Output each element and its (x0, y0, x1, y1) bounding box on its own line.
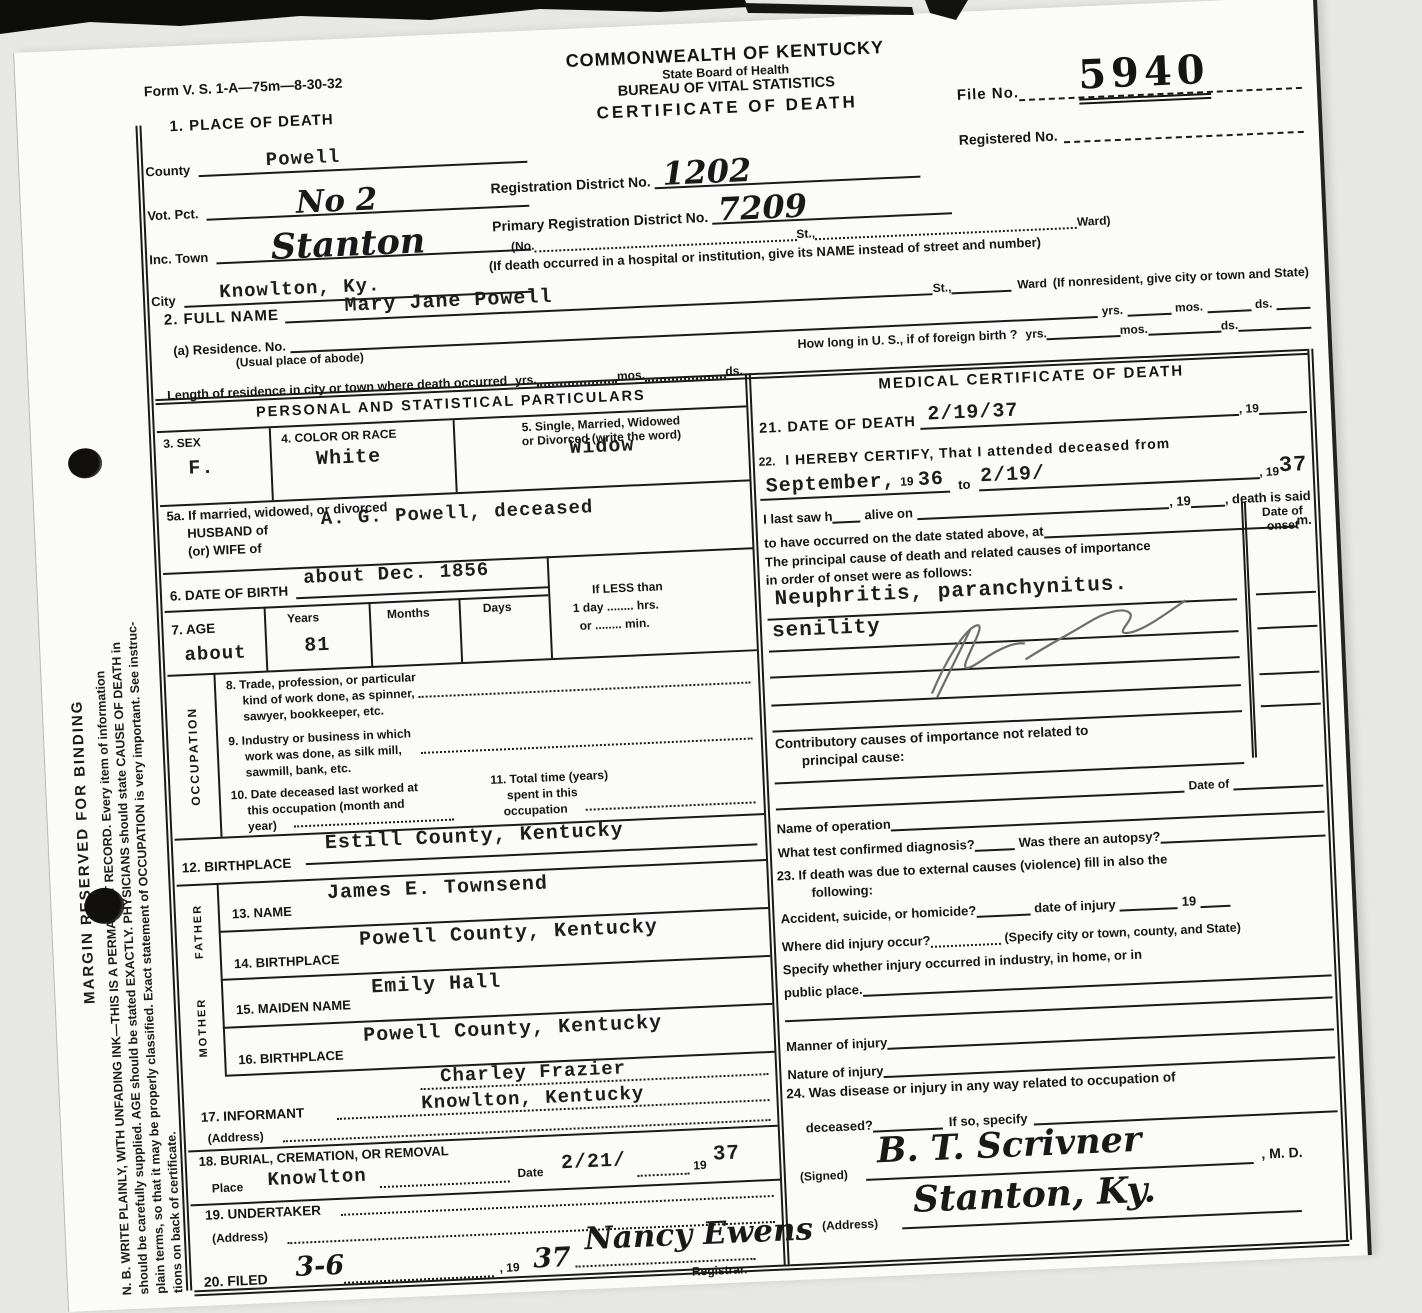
injury-19-label: 19 (1177, 893, 1200, 909)
signed-label: (Signed) (800, 1168, 849, 1184)
registrar-label: Registrar. (692, 1262, 748, 1278)
undertaker-dots (341, 1195, 774, 1216)
dod-year-line (1258, 383, 1307, 415)
manner-label: Manner of injury (786, 1035, 888, 1054)
personal-column: PERSONAL AND STATISTICAL PARTICULARS 3. … (156, 381, 784, 1298)
age-col-rule (264, 607, 269, 671)
father-name-value: James E. Townsend (327, 873, 549, 906)
burial-dots2 (638, 1173, 690, 1177)
age-years-value: 81 (304, 634, 331, 658)
occupation-vertical-label: OCCUPATION (185, 706, 203, 805)
lastsaw-line3 (1190, 483, 1225, 508)
where-note: (Specify city or town, county, and State… (1000, 920, 1241, 944)
pencil-scribble (873, 590, 1207, 704)
occ11-dots (586, 801, 756, 810)
occ8-dots (419, 682, 751, 698)
dob-label: 6. DATE OF BIRTH (170, 584, 289, 604)
registered-no-line (1063, 105, 1304, 143)
days-header: Days (482, 600, 511, 615)
lastsaw-label3: , 19 (1169, 493, 1191, 509)
where-line (930, 923, 1001, 948)
date-of-onset-box: Date of onset (1241, 499, 1329, 758)
registered-no-row: Registered No. (958, 105, 1304, 148)
howlong-yrs-line (1046, 313, 1120, 340)
father-vertical-cell: FATHER (177, 883, 223, 981)
registered-no-label: Registered No. (958, 127, 1063, 148)
age-col-rule (547, 556, 553, 658)
dod-value: 2/19/37 (927, 400, 1019, 427)
medical-column: MEDICAL CERTIFICATE OF DEATH 21. DATE OF… (753, 349, 1347, 1264)
husband-label2: HUSBAND of (187, 522, 268, 541)
autopsy-line (1160, 815, 1326, 844)
length-ds: ds. (725, 364, 743, 379)
date-of-label: Date of (1184, 777, 1233, 793)
deceased-label: deceased? (805, 1118, 873, 1136)
scan-torn-edge (0, 0, 1000, 60)
full-name-st-label: St., (932, 280, 951, 295)
sex-value: F. (188, 454, 271, 481)
file-no-label: File No. (957, 84, 1020, 104)
nature-label: Nature of injury (787, 1063, 884, 1082)
age-label: 7. AGE (171, 621, 215, 638)
mother-vertical-label: MOTHER (196, 998, 211, 1058)
father-birthplace-label: 14. BIRTHPLACE (234, 952, 340, 972)
attended-to-label: to (950, 476, 979, 492)
specify-label2: public place. (784, 982, 863, 1000)
less-than-label3: or ........ min. (579, 616, 650, 633)
sex-cell: 3. SEX F. (157, 428, 274, 505)
howlong-ds-line (1237, 305, 1311, 332)
file-no-line: 5940 (1017, 43, 1302, 101)
occ10-dots (294, 819, 454, 828)
attended-to-pre: , 19 (1259, 464, 1280, 479)
informant-label: 17. INFORMANT (200, 1105, 304, 1125)
contributory-label2: principal cause: (801, 749, 904, 768)
attended-to-year: 37 (1278, 452, 1307, 478)
county-value: Powell (265, 146, 340, 171)
occupation-block: OCCUPATION 8. Trade, profession, or part… (167, 649, 764, 841)
onset-rule (1261, 703, 1321, 708)
race-cell: 4. COLOR OR RACE White (271, 420, 458, 500)
father-name-label: 13. NAME (232, 904, 293, 922)
onset-rule (1256, 591, 1316, 596)
file-no-value: 5940 (1077, 46, 1211, 105)
occ9-label3: sawmill, bank, etc. (245, 761, 351, 780)
lastsaw-label2: alive on (860, 505, 917, 522)
accident-label: Accident, suicide, or homicide? (780, 903, 976, 927)
form-number: Form V. S. 1-A—75m—8-30-32 (144, 75, 343, 100)
occ11-label3: occupation (503, 802, 568, 819)
occ11-label1: 11. Total time (years) (490, 768, 608, 787)
file-no-row: File No. 5940 (955, 43, 1302, 104)
howlong-mos-line (1147, 309, 1221, 336)
certificate-paper: MARGIN RESERVED FOR BINDING N. B. WRITE … (13, 0, 1372, 1312)
physician-address-label: (Address) (822, 1216, 879, 1232)
date-of-line (1233, 765, 1324, 791)
howlong-label: How long in U. S., if of foreign birth ? (797, 327, 1026, 351)
age-about: about (184, 641, 247, 666)
attended-from-pre: 19 (900, 474, 914, 489)
full-name-value: Mary Jane Powell (344, 286, 553, 318)
less-than-label1: If LESS than (592, 579, 663, 596)
q23-label2: following: (811, 882, 873, 900)
burial-date-value: 2/21/ (561, 1149, 627, 1175)
less-than-label2: 1 day ........ hrs. (573, 597, 660, 615)
test-line (974, 828, 1015, 852)
filed-year-value: 37 (533, 1242, 572, 1275)
attended-from-value: September, (765, 470, 896, 499)
no-label: (No. (511, 239, 535, 254)
months-header: Months (387, 605, 430, 621)
howlong-mos: mos. (1120, 322, 1149, 337)
accident-line (976, 894, 1031, 918)
father-vertical-label: FATHER (191, 904, 205, 960)
filed-label: 20. FILED (204, 1271, 268, 1290)
occ11-label2: spent in this (507, 785, 578, 802)
ward-label: Ward) (1077, 213, 1111, 228)
undertaker-label: 19. UNDERTAKER (205, 1203, 322, 1223)
filed-year-pre: , 19 (499, 1260, 520, 1275)
age-col-rule (458, 598, 463, 662)
injury-date-line (1119, 887, 1178, 912)
race-value: White (316, 442, 455, 471)
lastsaw-line1 (832, 499, 861, 524)
st-label: St., (796, 226, 815, 241)
birthplace-label: 12. BIRTHPLACE (182, 856, 292, 876)
years-header: Years (287, 610, 320, 625)
burial-dots1 (380, 1180, 510, 1188)
filed-date-value: 3-6 (295, 1250, 345, 1283)
sex-label: 3. SEX (163, 432, 270, 451)
length-mos: mos. (617, 368, 646, 383)
certify-number: 22. (758, 454, 785, 469)
attended-from-year: 36 (917, 468, 944, 492)
onset-rule (1259, 671, 1319, 676)
burial-year-pre: 19 (693, 1158, 707, 1173)
age-col-rule (368, 602, 373, 666)
length-yrs-line (536, 361, 617, 386)
full-name-label: 2. FULL NAME (164, 306, 286, 328)
lastsaw-label1: I last saw h (763, 509, 833, 527)
burial-date-label: Date (517, 1165, 544, 1180)
attended-to-value: 2/19/ (980, 462, 1046, 488)
howlong-ds: ds. (1220, 318, 1238, 333)
full-name-ward-label: Ward (1011, 276, 1053, 292)
dod-year-label: , 19 (1239, 401, 1260, 416)
length-yrs: yrs. (515, 373, 537, 388)
contributory-label1: Contributory causes of importance not re… (775, 723, 1089, 752)
onset-rule (1257, 625, 1317, 630)
occ9-dots (421, 737, 753, 753)
length-mos-line (644, 356, 725, 381)
undertaker-address-label: (Address) (212, 1229, 269, 1245)
injury-date-label: date of injury (1030, 897, 1120, 916)
husband-label3: (or) WIFE of (188, 541, 262, 559)
onset-label2: onset (1247, 517, 1320, 534)
burial-place-value: Knowlton (267, 1165, 367, 1191)
burial-year-value: 37 (712, 1142, 740, 1166)
occupation-vertical-cell: OCCUPATION (167, 673, 222, 839)
mother-name-label: 15. MAIDEN NAME (236, 997, 351, 1017)
injury-19-line (1199, 885, 1230, 908)
md-label: , M. D. (1261, 1144, 1303, 1162)
mother-vertical-cell: MOTHER (181, 979, 227, 1077)
howlong-yrs: yrs. (1025, 326, 1047, 341)
burial-place-label: Place (212, 1180, 244, 1195)
mother-birthplace-label: 16. BIRTHPLACE (238, 1048, 344, 1068)
where-label: Where did injury occur? (782, 933, 931, 954)
test-label: What test confirmed diagnosis? (777, 837, 975, 861)
occ10-label3: year) (248, 818, 277, 833)
cause-value-2: senility (772, 616, 882, 644)
filed-dots (344, 1275, 494, 1284)
informant-address-label: (Address) (207, 1129, 264, 1145)
autopsy-label: Was there an autopsy? (1014, 829, 1160, 850)
mother-name-value: Emily Hall (371, 971, 502, 1000)
full-name-st-line (950, 254, 1012, 295)
